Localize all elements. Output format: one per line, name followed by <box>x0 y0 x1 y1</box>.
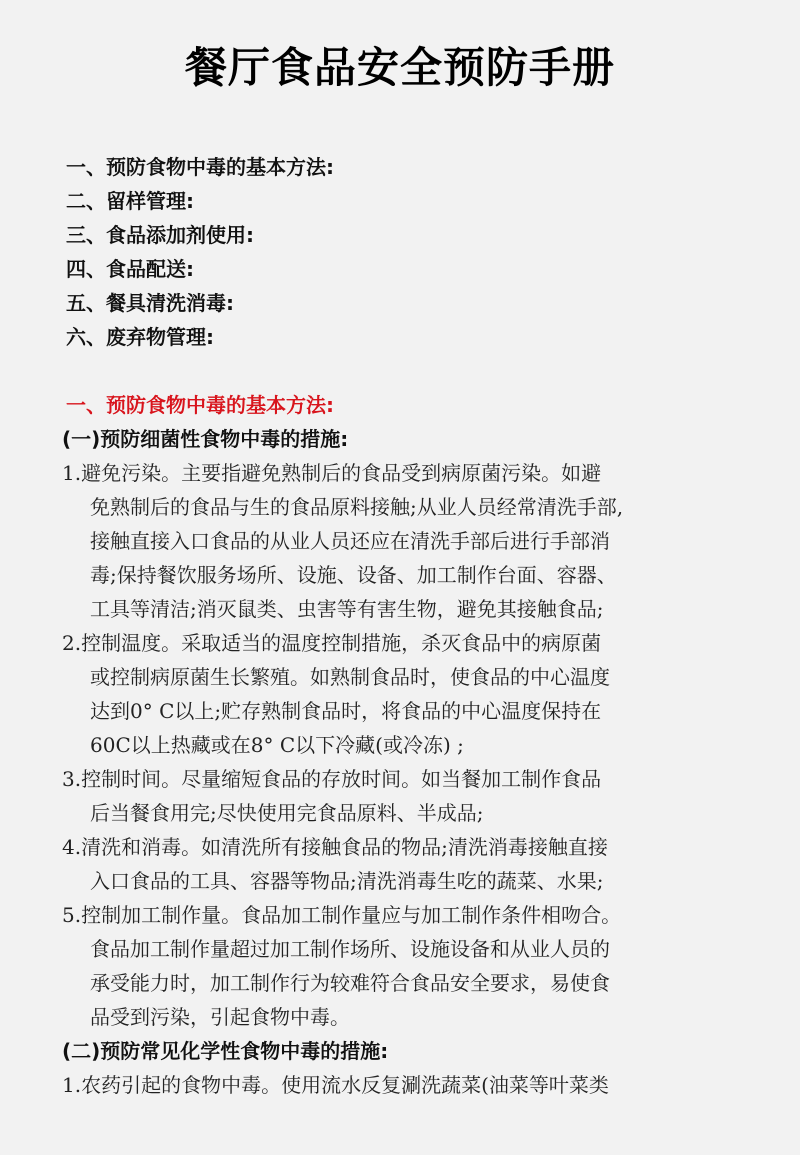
subsection-heading: (二)预防常见化学性食物中毒的措施: <box>62 1034 742 1068</box>
paragraph-line: 1.避免污染。主要指避免熟制后的食品受到病原菌污染。如避 <box>62 456 742 490</box>
paragraph-line: 工具等清洁;消灭鼠类、虫害等有害生物，避免其接触食品; <box>62 592 742 626</box>
paragraph-line: 承受能力时，加工制作行为较难符合食品安全要求，易使食 <box>62 966 742 1000</box>
paragraph-line: 品受到污染，引起食物中毒。 <box>62 1000 742 1034</box>
list-item: 2.控制温度。采取适当的温度控制措施，杀灭食品中的病原菌 或控制病原菌生长繁殖。… <box>62 626 742 762</box>
paragraph-line: 毒;保持餐饮服务场所、设施、设备、加工制作台面、容器、 <box>62 558 742 592</box>
toc-item: 三、食品添加剂使用: <box>66 218 334 252</box>
toc-item: 五、餐具清洗消毒: <box>66 286 334 320</box>
paragraph-line: 1.农药引起的食物中毒。使用流水反复涮洗蔬菜(油菜等叶菜类 <box>62 1068 742 1102</box>
list-item: 4.清洗和消毒。如清洗所有接触食品的物品;清洗消毒接触直接 入口食品的工具、容器… <box>62 830 742 898</box>
paragraph-line: 达到0° C以上;贮存熟制食品时，将食品的中心温度保持在 <box>62 694 742 728</box>
paragraph-line: 3.控制时间。尽量缩短食品的存放时间。如当餐加工制作食品 <box>62 762 742 796</box>
list-item: 5.控制加工制作量。食品加工制作量应与加工制作条件相吻合。 食品加工制作量超过加… <box>62 898 742 1034</box>
paragraph-line: 4.清洗和消毒。如清洗所有接触食品的物品;清洗消毒接触直接 <box>62 830 742 864</box>
document-body: 一、预防食物中毒的基本方法: (一)预防细菌性食物中毒的措施: 1.避免污染。主… <box>62 388 742 1102</box>
table-of-contents: 一、预防食物中毒的基本方法: 二、留样管理: 三、食品添加剂使用: 四、食品配送… <box>66 150 334 354</box>
document-title: 餐厅食品安全预防手册 <box>0 38 800 98</box>
toc-item: 二、留样管理: <box>66 184 334 218</box>
list-item: 3.控制时间。尽量缩短食品的存放时间。如当餐加工制作食品 后当餐食用完;尽快使用… <box>62 762 742 830</box>
paragraph-line: 后当餐食用完;尽快使用完食品原料、半成品; <box>62 796 742 830</box>
section-heading: 一、预防食物中毒的基本方法: <box>62 388 742 422</box>
paragraph-line: 接触直接入口食品的从业人员还应在清洗手部后进行手部消 <box>62 524 742 558</box>
paragraph-line: 2.控制温度。采取适当的温度控制措施，杀灭食品中的病原菌 <box>62 626 742 660</box>
toc-item: 四、食品配送: <box>66 252 334 286</box>
paragraph-line: 食品加工制作量超过加工制作场所、设施设备和从业人员的 <box>62 932 742 966</box>
toc-item: 一、预防食物中毒的基本方法: <box>66 150 334 184</box>
toc-item: 六、废弃物管理: <box>66 320 334 354</box>
list-item: 1.农药引起的食物中毒。使用流水反复涮洗蔬菜(油菜等叶菜类 <box>62 1068 742 1102</box>
paragraph-line: 60C以上热藏或在8° C以下冷藏(或冷冻) ; <box>62 728 742 762</box>
paragraph-line: 入口食品的工具、容器等物品;清洗消毒生吃的蔬菜、水果; <box>62 864 742 898</box>
paragraph-line: 或控制病原菌生长繁殖。如熟制食品时，使食品的中心温度 <box>62 660 742 694</box>
list-item: 1.避免污染。主要指避免熟制后的食品受到病原菌污染。如避 免熟制后的食品与生的食… <box>62 456 742 626</box>
paragraph-line: 5.控制加工制作量。食品加工制作量应与加工制作条件相吻合。 <box>62 898 742 932</box>
paragraph-line: 免熟制后的食品与生的食品原料接触;从业人员经常清洗手部, <box>62 490 742 524</box>
subsection-heading: (一)预防细菌性食物中毒的措施: <box>62 422 742 456</box>
